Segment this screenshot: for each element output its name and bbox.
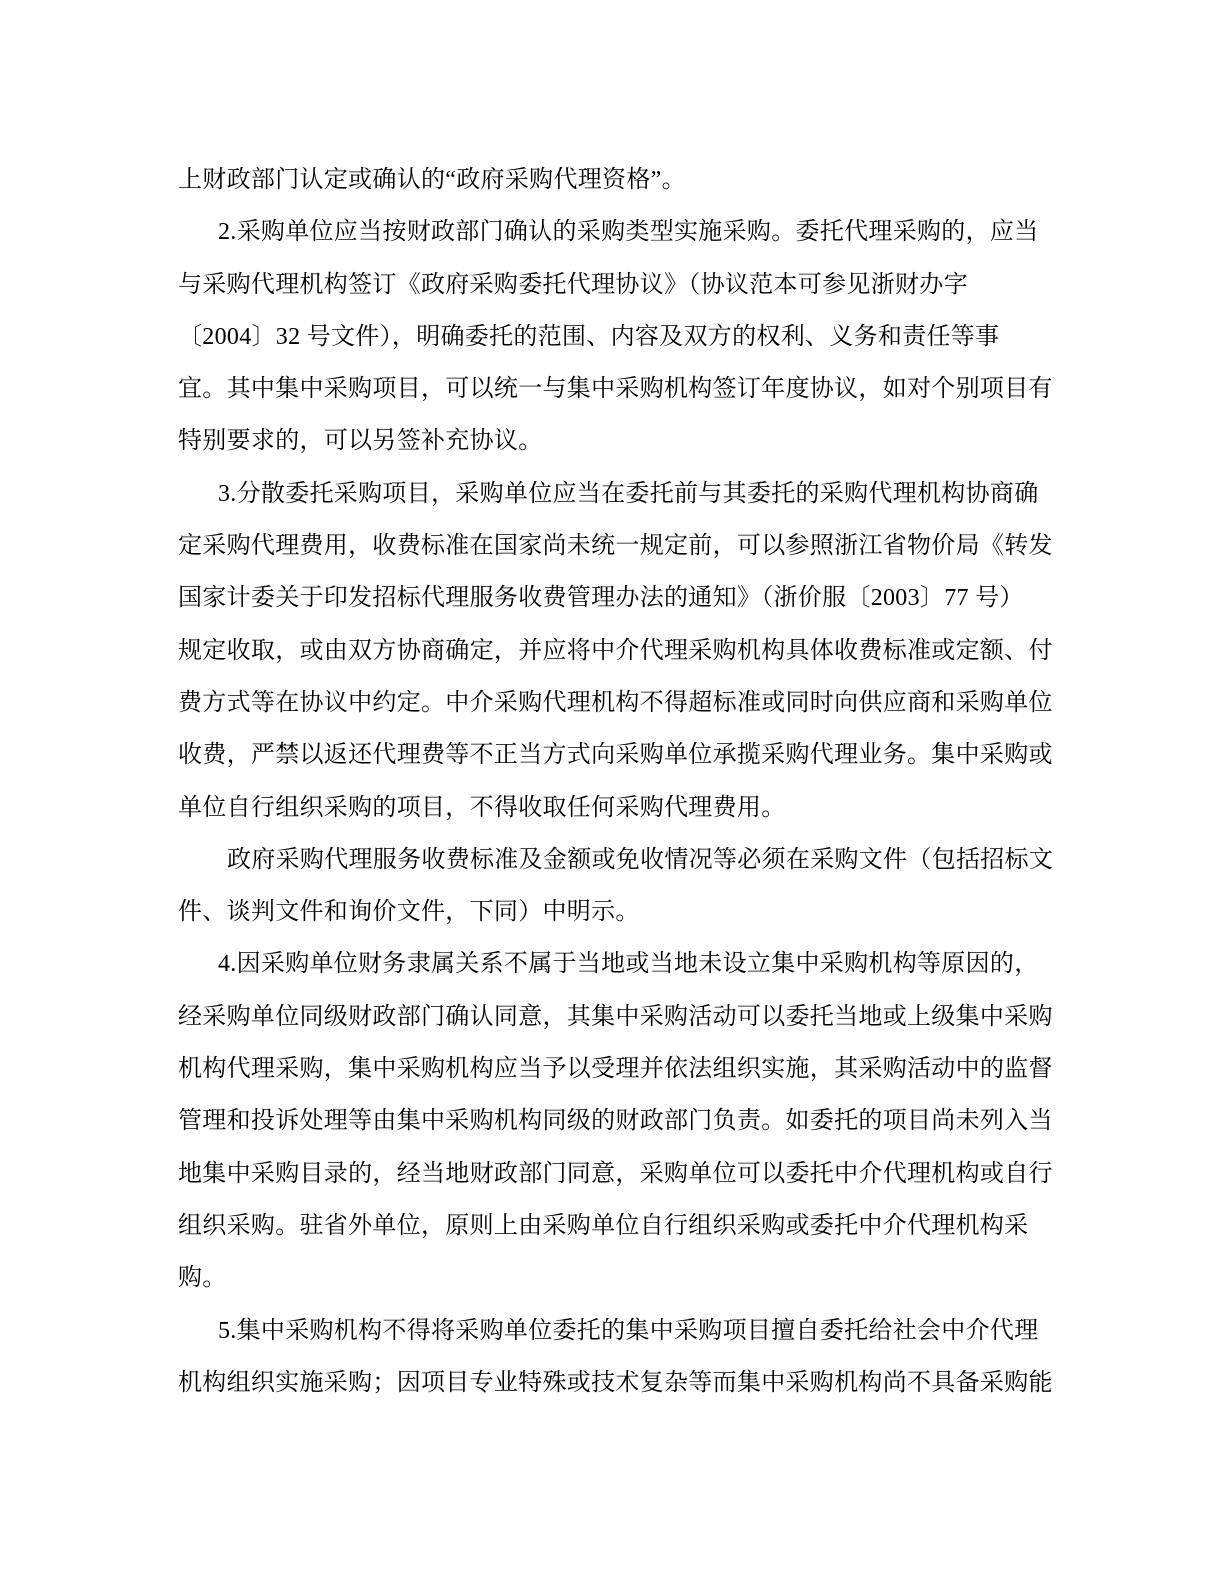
text-line: 经采购单位同级财政部门确认同意，其集中采购活动可以委托当地或上级集中采购	[178, 991, 1062, 1043]
text-line: 与采购代理机构签订《政府采购委托代理协议》（协议范本可参见浙财办字	[178, 259, 1062, 311]
document-page: 上财政部门认定或确认的“政府采购代理资格”。 2.采购单位应当按财政部门确认的采…	[0, 0, 1224, 1584]
text-line: 管理和投诉处理等由集中采购机构同级的财政部门负责。如委托的项目尚未列入当	[178, 1095, 1062, 1147]
text-line: 5.集中采购机构不得将采购单位委托的集中采购项目擅自委托给社会中介代理	[178, 1305, 1062, 1357]
text-line: 4.因采购单位财务隶属关系不属于当地或当地未设立集中采购机构等原因的，	[178, 938, 1062, 990]
text-line: 件、谈判文件和询价文件，下同）中明示。	[178, 886, 1062, 938]
text-line: 单位自行组织采购的项目，不得收取任何采购代理费用。	[178, 782, 1062, 834]
text-line: 购。	[178, 1252, 1062, 1304]
text-line: 2.采购单位应当按财政部门确认的采购类型实施采购。委托代理采购的，应当	[178, 206, 1062, 258]
text-line: 机构组织实施采购；因项目专业特殊或技术复杂等而集中采购机构尚不具备采购能	[178, 1357, 1062, 1409]
text-line: 定采购代理费用，收费标准在国家尚未统一规定前，可以参照浙江省物价局《转发	[178, 520, 1062, 572]
text-line: 收费，严禁以返还代理费等不正当方式向采购单位承揽采购代理业务。集中采购或	[178, 729, 1062, 781]
text-line: 国家计委关于印发招标代理服务收费管理办法的通知》（浙价服〔2003〕77 号）	[178, 572, 1062, 624]
text-line: 3.分散委托采购项目，采购单位应当在委托前与其委托的采购代理机构协商确	[178, 468, 1062, 520]
document-body: 上财政部门认定或确认的“政府采购代理资格”。 2.采购单位应当按财政部门确认的采…	[178, 154, 1062, 1409]
text-line: 地集中采购目录的，经当地财政部门同意，采购单位可以委托中介代理机构或自行	[178, 1148, 1062, 1200]
text-line: 〔2004〕32 号文件），明确委托的范围、内容及双方的权利、义务和责任等事	[178, 311, 1062, 363]
text-line: 宜。其中集中采购项目，可以统一与集中采购机构签订年度协议，如对个别项目有	[178, 363, 1062, 415]
text-line: 规定收取，或由双方协商确定，并应将中介代理采购机构具体收费标准或定额、付	[178, 625, 1062, 677]
text-line: 费方式等在协议中约定。中介采购代理机构不得超标准或同时向供应商和采购单位	[178, 677, 1062, 729]
text-line: 机构代理采购，集中采购机构应当予以受理并依法组织实施，其采购活动中的监督	[178, 1043, 1062, 1095]
text-line: 上财政部门认定或确认的“政府采购代理资格”。	[178, 154, 1062, 206]
text-line: 特别要求的，可以另签补充协议。	[178, 415, 1062, 467]
text-line: 组织采购。驻省外单位，原则上由采购单位自行组织采购或委托中介代理机构采	[178, 1200, 1062, 1252]
text-line: 政府采购代理服务收费标准及金额或免收情况等必须在采购文件（包括招标文	[178, 834, 1062, 886]
